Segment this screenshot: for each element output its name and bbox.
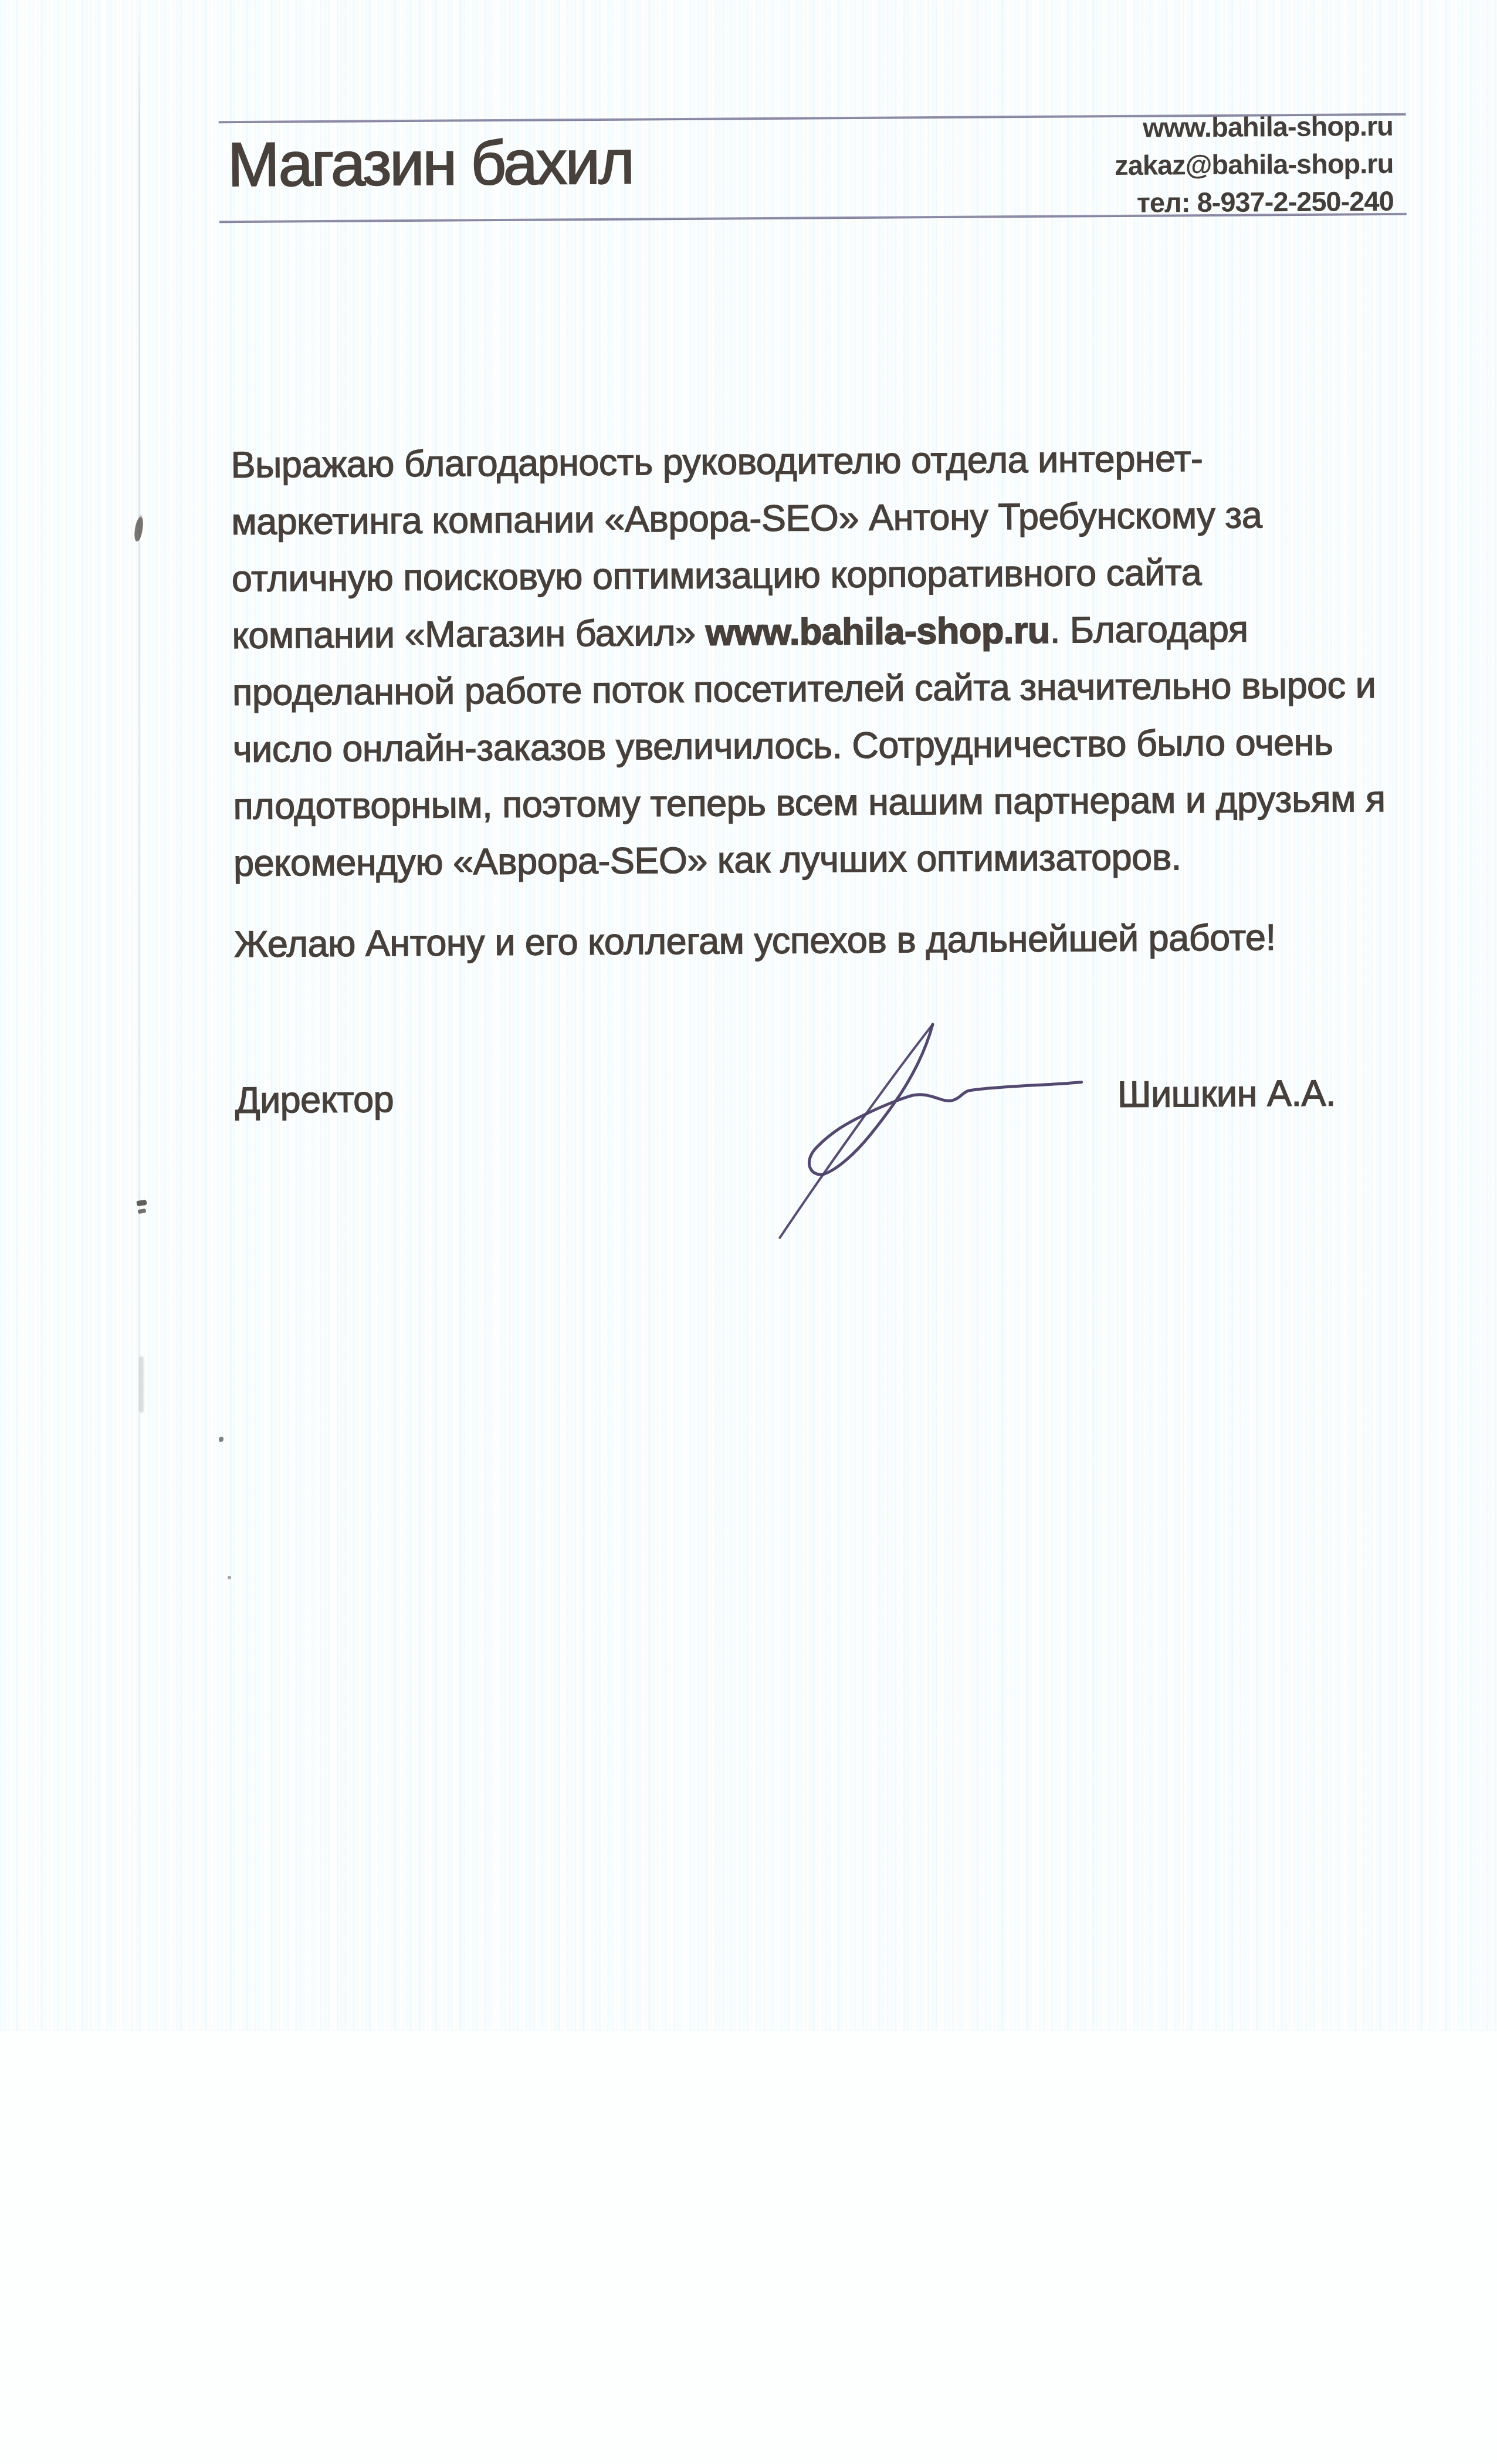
contact-website: www.bahila-shop.ru: [1115, 107, 1393, 147]
signoff-name: Шишкин А.А.: [1117, 1065, 1336, 1123]
body-line: отличную поисковую оптимизацию корпорати…: [232, 543, 1384, 608]
body-line: Выражаю благодарность руководителю отдел…: [231, 429, 1383, 494]
signoff-role: Директор: [235, 1079, 394, 1121]
letterhead-contact-block: www.bahila-shop.ru zakaz@bahila-shop.ru …: [1115, 107, 1394, 222]
handwritten-signature: [757, 999, 1111, 1259]
letter-content: Магазин бахил www.bahila-shop.ru zakaz@b…: [0, 0, 1497, 2464]
site-url-bold: www.bahila-shop.ru: [706, 610, 1051, 654]
body-line-with-url: компании «Магазин бахил» www.bahila-shop…: [232, 600, 1384, 665]
body-line: число онлайн-заказов увеличилось. Сотруд…: [233, 714, 1386, 779]
body-line: плодотворным, поэтому теперь всем нашим …: [233, 771, 1386, 835]
body-line-text: . Благодаря: [1050, 609, 1248, 651]
body-line: маркетинга компании «Аврора-SEO» Антону …: [231, 486, 1384, 551]
body-line: проделанной работе поток посетителей сай…: [232, 657, 1385, 722]
contact-email: zakaz@bahila-shop.ru: [1115, 145, 1393, 184]
closing-wish-line: Желаю Антону и его коллегам успехов в да…: [234, 909, 1276, 973]
body-line-text: компании «Магазин бахил»: [232, 612, 706, 656]
scanned-letter-page: Магазин бахил www.bahila-shop.ru zakaz@b…: [0, 0, 1497, 2464]
company-title: Магазин бахил: [228, 131, 633, 196]
body-line: рекомендую «Аврора-SEO» как лучших оптим…: [233, 828, 1386, 892]
letter-body-paragraph: Выражаю благодарность руководителю отдел…: [231, 429, 1386, 892]
